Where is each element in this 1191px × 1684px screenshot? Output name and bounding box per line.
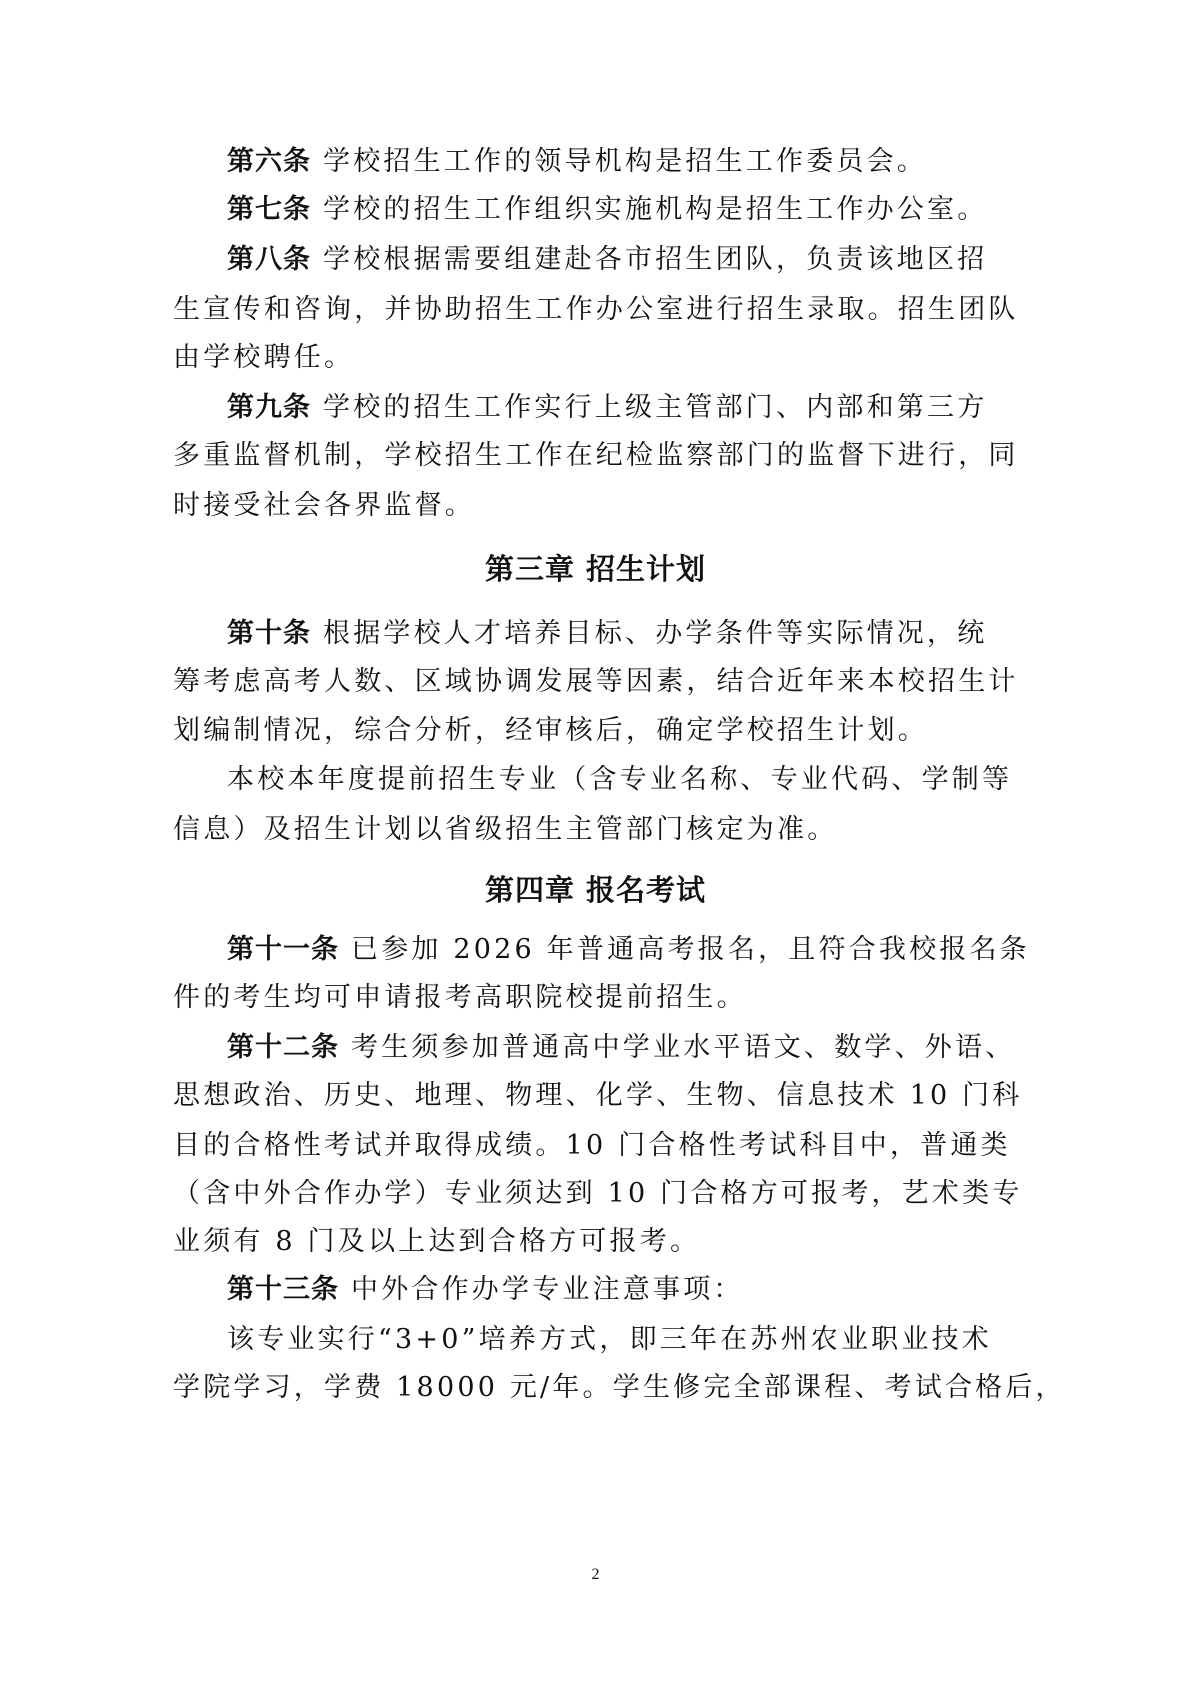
article-10: 第十条根据学校人才培养目标、办学条件等实际情况，统 [227,610,1013,658]
paragraph-line: 目的合格性考试并取得成绩。10 门合格性考试科目中，普通类 [173,1122,1013,1170]
paragraph-text: 中外合作办学专业注意事项： [351,1274,744,1305]
article-number: 第十三条 [227,1274,339,1305]
paragraph-text: 根据学校人才培养目标、办学条件等实际情况，统 [323,618,987,649]
chapter-heading: 第三章 招生计划 [0,545,1191,593]
paragraph-line: （含中外合作办学）专业须达到 10 门合格方可报考，艺术类专 [173,1170,1013,1218]
paragraph-line: 信息）及招生计划以省级招生主管部门核定为准。 [173,806,1013,854]
article-11: 第十一条已参加 2026 年普通高考报名，且符合我校报名条 [227,926,1013,974]
paragraph-line: 业须有 8 门及以上达到合格方可报考。 [173,1218,1013,1266]
paragraph-line: 学院学习，学费 18000 元/年。学生修完全部课程、考试合格后， [173,1364,1013,1412]
paragraph-line: 件的考生均可申请报考高职院校提前招生。 [173,974,1013,1022]
paragraph-text: 学校根据需要组建赴各市招生团队，负责该地区招 [323,244,987,275]
paragraph-text: 学校的招生工作组织实施机构是招生工作办公室。 [323,194,987,225]
paragraph-line: 划编制情况，综合分析，经审核后，确定学校招生计划。 [173,707,1013,755]
article-12: 第十二条考生须参加普通高中学业水平语文、数学、外语、 [227,1024,1013,1072]
paragraph-line: 思想政治、历史、地理、物理、化学、生物、信息技术 10 门科 [173,1072,1013,1120]
document-page: 第六条学校招生工作的领导机构是招生工作委员会。 第七条学校的招生工作组织实施机构… [0,0,1191,1684]
paragraph-line: 该专业实行“3+0”培养方式，即三年在苏州农业职业技术 [227,1316,1013,1364]
paragraph-line: 由学校聘任。 [173,334,1013,382]
paragraph-line: 筹考虑高考人数、区域协调发展等因素，结合近年来本校招生计 [173,658,1013,706]
paragraph-line: 生宣传和咨询，并协助招生工作办公室进行招生录取。招生团队 [173,286,1013,334]
article-number: 第十条 [227,618,311,649]
article-8: 第八条学校根据需要组建赴各市招生团队，负责该地区招 [227,236,1013,284]
paragraph-line: 本校本年度提前招生专业（含专业名称、专业代码、学制等 [227,756,1013,804]
article-number: 第八条 [227,244,311,275]
article-13: 第十三条中外合作办学专业注意事项： [227,1266,1013,1314]
paragraph-text: 学校招生工作的领导机构是招生工作委员会。 [323,146,927,177]
paragraph-text: 考生须参加普通高中学业水平语文、数学、外语、 [351,1032,1015,1063]
paragraph-line: 多重监督机制，学校招生工作在纪检监察部门的监督下进行，同 [173,432,1013,480]
article-9: 第九条学校的招生工作实行上级主管部门、内部和第三方 [227,384,1013,432]
article-7: 第七条学校的招生工作组织实施机构是招生工作办公室。 [227,186,1013,234]
paragraph-text: 已参加 2026 年普通高考报名，且符合我校报名条 [351,934,1030,965]
article-number: 第六条 [227,146,311,177]
chapter-heading: 第四章 报名考试 [0,866,1191,914]
page-number: 2 [0,1566,1191,1584]
article-number: 第十一条 [227,934,339,965]
article-number: 第七条 [227,194,311,225]
article-number: 第十二条 [227,1032,339,1063]
paragraph-line: 时接受社会各界监督。 [173,482,1013,530]
paragraph-text: 学校的招生工作实行上级主管部门、内部和第三方 [323,392,987,423]
article-number: 第九条 [227,392,311,423]
article-6: 第六条学校招生工作的领导机构是招生工作委员会。 [227,138,1013,186]
